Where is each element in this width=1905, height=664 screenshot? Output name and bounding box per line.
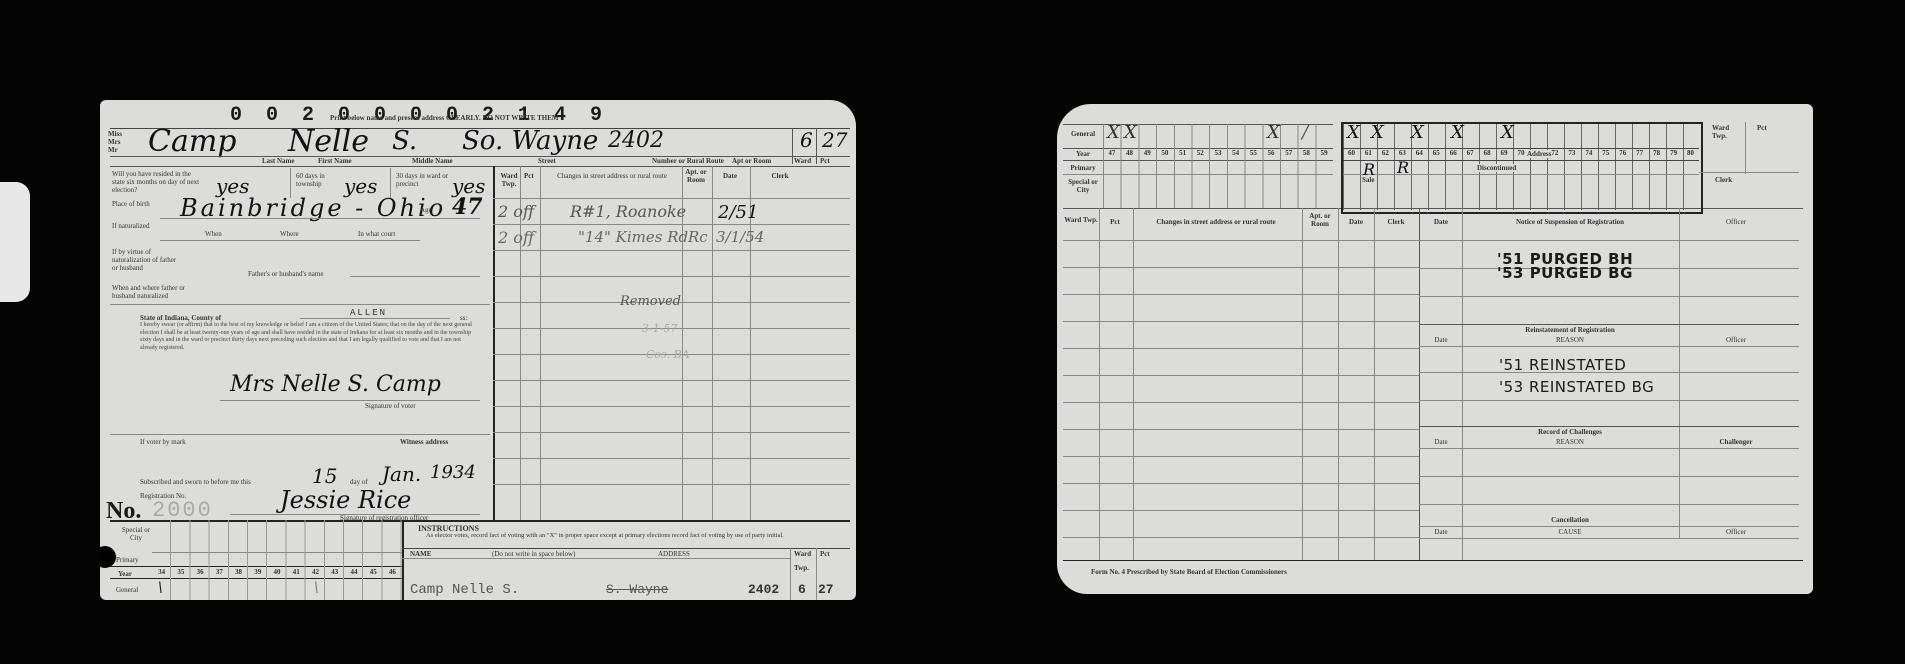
removed-clerk-note: Cos. BA [646, 348, 690, 361]
front-grid-columns [152, 520, 402, 600]
father-virtue-label: If by virtue of naturalization of father… [112, 248, 182, 272]
year-cell: 68 [1479, 149, 1496, 160]
registration-card-front: 0 0 2 0 0 0 0 2 1 4 9 Print below name a… [100, 100, 856, 600]
change-row-1-ward: 2 off [498, 202, 534, 221]
year-cell: 74 [1580, 149, 1597, 160]
year-cell: 64 [1411, 149, 1428, 160]
sworn-text-a: Subscribed and sworn to before me this [140, 478, 251, 486]
challenges-hdr-challenger: Challenger [1681, 438, 1791, 446]
back-clerk-label: Clerk [1715, 176, 1732, 184]
age-value: 47 [452, 194, 483, 220]
county-value: ALLEN [350, 308, 387, 318]
typed-number: 2402 [748, 582, 779, 597]
middle-name-label: Middle Name [412, 157, 453, 165]
house-number-value: 2402 [608, 128, 664, 153]
vote-mark-x: X [1411, 122, 1424, 143]
grid-label-special: Special or City [120, 526, 152, 542]
changes-hdr-pct: Pct [524, 172, 534, 180]
voter-signature: Mrs Nelle S. Camp [230, 372, 441, 397]
suspension-entry-2: '53 PURGED BG [1497, 264, 1633, 282]
change-row-1-address: R#1, Roanoke [570, 202, 686, 221]
challenges-hdr-reason: REASON [1463, 438, 1677, 446]
removed-date-note: 3-1-57 [642, 322, 677, 335]
form-footer: Form No. 4 Prescribed by State Board of … [1091, 568, 1287, 576]
title-labels: Miss Mrs Mr [108, 130, 122, 154]
vote-mark-slash: / [1302, 122, 1308, 143]
year-cell: 76 [1614, 149, 1631, 160]
back-pct-label: Pct [1757, 124, 1767, 132]
year-cell: 55 [1245, 149, 1263, 160]
reinstatement-hdr-officer: Officer [1681, 336, 1791, 344]
back-changes-rows [1063, 240, 1419, 560]
year-cell: 75 [1597, 149, 1614, 160]
year-cell: 73 [1563, 149, 1580, 160]
instructions-ward-label: Ward [794, 550, 811, 558]
title-mrs: Mrs [108, 138, 122, 146]
changes-hdr-clerk: Clerk [760, 172, 800, 180]
year-cell: 59 [1315, 149, 1333, 160]
cancellation-hdr-cause: CAUSE [1463, 528, 1677, 536]
year-cell: 58 [1298, 149, 1316, 160]
cancellation-title: Cancellation [1463, 516, 1677, 524]
changes-hdr-change: Changes in street address or rural route [542, 172, 682, 180]
overlay-address-label: Address [1527, 150, 1551, 158]
reinstatement-title: Reinstatement of Registration [1463, 326, 1677, 334]
primary-mark: R [1363, 160, 1375, 179]
court-label: In what court [358, 230, 395, 238]
birth-label: Place of birth [112, 200, 152, 208]
witness-address-label: Witness address [400, 438, 448, 446]
primary-mark: R [1397, 158, 1409, 177]
year-cell: 56 [1262, 149, 1280, 160]
precinct-value: 27 [822, 128, 847, 152]
middle-name-value: S. [392, 126, 417, 156]
oath-heading: State of Indiana, County of [140, 314, 221, 322]
vote-mark-x: X [1371, 122, 1384, 143]
instructions-name-label: NAME [410, 550, 431, 558]
changes-hdr-apt: Apt. or Room [684, 168, 708, 184]
where-label: Where [280, 230, 299, 238]
pct-label: Pct [820, 157, 830, 165]
year-cell: 61 [1360, 149, 1377, 160]
age-label: Age [420, 206, 432, 214]
back-grid-primary: Primary [1063, 164, 1103, 172]
back-changes-hdr-change: Changes in street address or rural route [1133, 218, 1299, 226]
sworn-text-b: day of [350, 478, 368, 486]
back-grid-year: Year [1063, 150, 1103, 158]
back-grid-special: Special or City [1063, 178, 1103, 194]
change-row-2-date: 3/1/54 [716, 228, 764, 246]
year-cell: 53 [1209, 149, 1227, 160]
voter-signature-label: Signature of voter [365, 402, 416, 410]
year-cell: 54 [1227, 149, 1245, 160]
year-cell: 51 [1174, 149, 1192, 160]
change-row-1-date: 2/51 [718, 202, 758, 223]
scanner-edge-tab [0, 182, 30, 302]
when-label: When [205, 230, 222, 238]
header-instruction: Print below name and present address CLE… [330, 114, 559, 122]
general-vote-mark: \ [314, 580, 319, 596]
challenges-hdr-date: Date [1421, 438, 1461, 446]
grid-label-primary: Primary [116, 556, 139, 564]
year-cell: 69 [1496, 149, 1513, 160]
suspension-hdr-date: Date [1421, 218, 1461, 226]
title-mr: Mr [108, 146, 122, 154]
naturalized-label: If naturalized [112, 222, 150, 230]
q-township: 60 days in township [296, 172, 346, 188]
change-row-2-address: "14" Kimes Rd [578, 228, 688, 246]
back-changes-hdr-apt: Apt. or Room [1303, 212, 1337, 228]
voter-by-mark-label: If voter by mark [140, 438, 186, 446]
challenges-title: Record of Challenges [1463, 428, 1677, 436]
year-cell: 77 [1631, 149, 1648, 160]
reinstatement-entry-1: '51 REINSTATED [1499, 356, 1626, 374]
sworn-month: Jan. [382, 462, 421, 486]
grid-label-year: Year [118, 570, 132, 578]
reinstatement-hdr-reason: REASON [1463, 336, 1677, 344]
overlay-discontinued-label: Discontinued [1477, 164, 1516, 172]
back-changes-hdr-date: Date [1339, 218, 1373, 226]
back-changes-hdr-clerk: Clerk [1375, 218, 1417, 226]
vote-mark-x: X [1124, 122, 1137, 143]
year-cell: 62 [1377, 149, 1394, 160]
year-cell: 66 [1445, 149, 1462, 160]
number-label: Number or Rural Route [652, 157, 724, 165]
back-grid-general: General [1063, 130, 1103, 138]
vote-mark-x: X [1347, 122, 1360, 143]
changes-hdr-ward: Ward Twp. [498, 172, 520, 188]
last-name-value: Camp [148, 124, 237, 159]
officer-signature: Jessie Rice [280, 486, 411, 514]
registration-card-back: General Year Primary Special or City 47 … [1057, 104, 1813, 594]
year-cell: 79 [1665, 149, 1682, 160]
oath-text: I hereby swear (or affirm) that to the b… [140, 322, 478, 352]
year-cell: 65 [1428, 149, 1445, 160]
suspension-hdr-notice: Notice of Suspension of Registration [1463, 218, 1677, 226]
vote-mark-x: X [1267, 122, 1280, 143]
removed-note: Removed [620, 294, 681, 309]
year-cell: 47 [1103, 149, 1121, 160]
year-cell: 60 [1343, 149, 1360, 160]
typed-address: S. Wayne [606, 582, 668, 597]
sworn-day: 15 [312, 464, 337, 488]
back-grid-columns-a [1103, 124, 1333, 208]
year-cell: 67 [1462, 149, 1479, 160]
apt-label: Apt or Room [732, 157, 771, 165]
punch-hole [100, 546, 116, 568]
typed-name: Camp Nelle S. [410, 582, 519, 598]
year-cell: 52 [1191, 149, 1209, 160]
q-state-residence: Will you have resided in the state six m… [112, 170, 202, 194]
vote-mark-x: X [1107, 122, 1120, 143]
reinstatement-hdr-date: Date [1421, 336, 1461, 344]
typed-ward: 6 [798, 582, 806, 597]
back-ward-twp-label: Ward Twp. [1712, 124, 1738, 140]
typed-pct: 27 [818, 582, 834, 597]
change-row-2-ward: 2 off [498, 228, 534, 247]
grid-label-general: General [116, 586, 138, 594]
year-cell: 80 [1682, 149, 1699, 160]
q-ward: 30 days in ward or precinct [396, 172, 456, 188]
cancellation-hdr-date: Date [1421, 528, 1461, 536]
instructions-address-label: ADDRESS [658, 550, 690, 558]
year-cell: 50 [1156, 149, 1174, 160]
back-changes-hdr-ward: Ward Twp. [1063, 216, 1099, 224]
changes-hdr-date: Date [716, 172, 744, 180]
do-not-write-label: (Do not write in space below) [492, 550, 575, 558]
vote-mark-x: X [1451, 122, 1464, 143]
general-vote-mark: \ [158, 580, 163, 596]
last-name-label: Last Name [262, 157, 294, 165]
ward-label: Ward [794, 157, 811, 165]
title-miss: Miss [108, 130, 122, 138]
year-cell: 49 [1138, 149, 1156, 160]
cancellation-hdr-officer: Officer [1681, 528, 1791, 536]
instructions-pct-label: Pct [820, 550, 830, 558]
year-cell: 57 [1280, 149, 1298, 160]
back-changes-hdr-pct: Pct [1103, 218, 1127, 226]
ss-label: ss: [460, 314, 467, 322]
reinstatement-entry-2: '53 REINSTATED BG [1499, 378, 1654, 396]
year-cell: 48 [1121, 149, 1139, 160]
year-cell: 78 [1648, 149, 1665, 160]
father-naturalized-label: When and where father or husband natural… [112, 284, 202, 300]
street-value: So. Wayne [462, 126, 598, 156]
street-label: Street [538, 157, 556, 165]
suspension-hdr-officer: Officer [1681, 218, 1791, 226]
change-row-2-apt: Rc [688, 228, 708, 246]
instructions-twp-label: Twp. [794, 564, 809, 572]
first-name-label: First Name [318, 157, 352, 165]
father-name-label: Father's or husband's name [248, 270, 323, 278]
instructions-text: As elector votes, record fact of voting … [426, 532, 846, 540]
first-name-value: Nelle [288, 124, 369, 159]
vote-mark-x: X [1501, 122, 1514, 143]
sworn-year: 1934 [430, 462, 476, 483]
ward-value: 6 [800, 128, 813, 152]
back-year-row-a: 47 48 49 50 51 52 53 54 55 56 57 58 59 [1103, 149, 1333, 160]
